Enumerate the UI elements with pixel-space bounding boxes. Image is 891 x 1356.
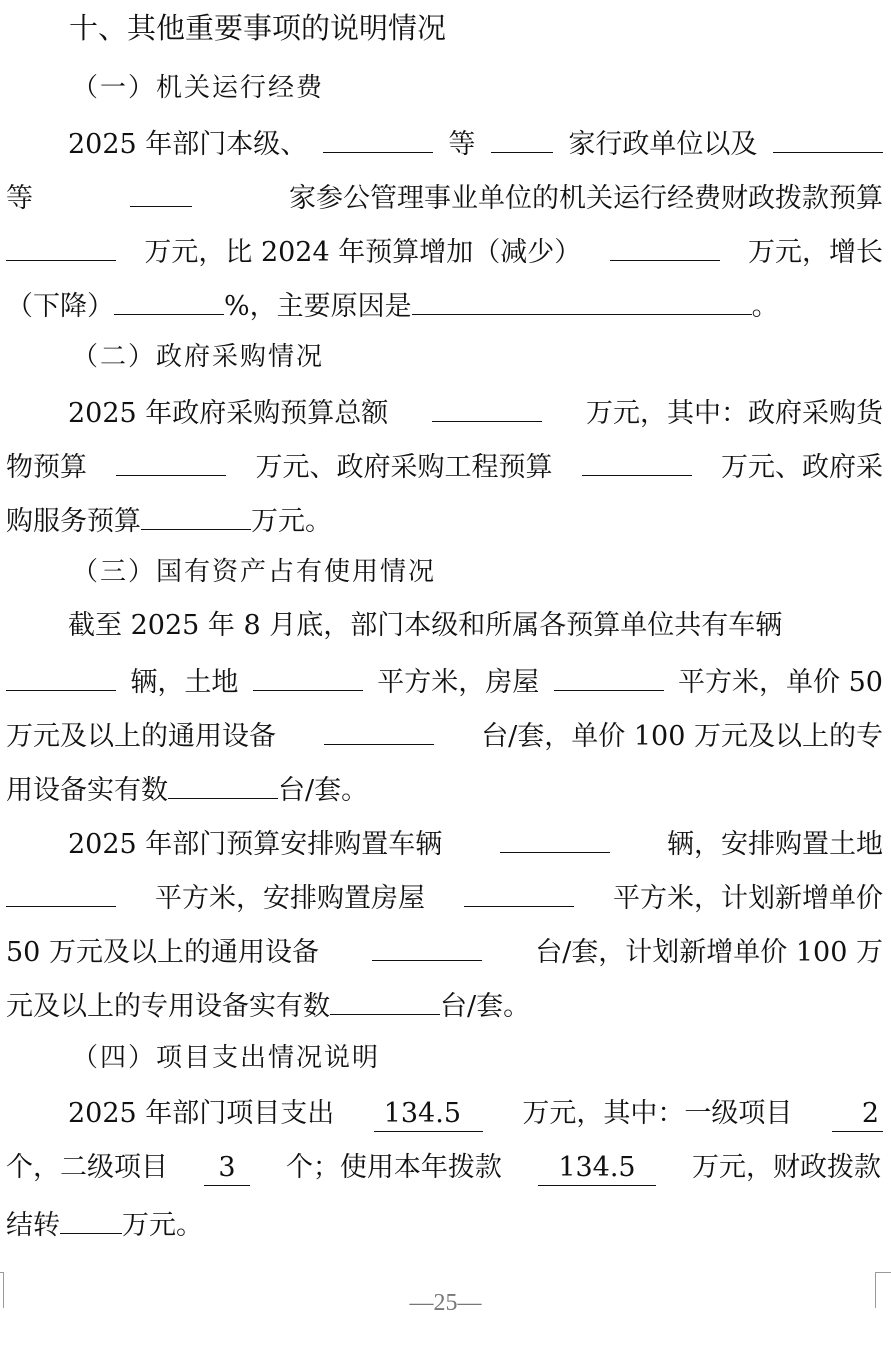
fill-in-blank — [168, 768, 278, 799]
fill-in-blank — [330, 984, 440, 1015]
level2-projects-value: 3 — [204, 1151, 249, 1186]
project-line-3: 结转万元。 — [6, 1203, 891, 1243]
fill-in-blank — [464, 876, 574, 907]
subsection-heading-3: （三）国有资产占有使用情况 — [72, 552, 891, 592]
text: 元及以上的专用设备实有数 — [6, 987, 330, 1027]
project-line-1: 2025 年部门项目支出 134.5 万元，其中：一级项目 2 — [6, 1094, 883, 1134]
text: 辆，安排购置土地 — [667, 825, 883, 865]
fill-in-blank — [324, 714, 434, 745]
text: 2025 年部门本级、 — [68, 125, 307, 165]
text: 等 — [448, 125, 475, 165]
subsection-heading-1: （一）机关运行经费 — [72, 68, 891, 108]
project-expenditure-value: 134.5 — [374, 1097, 483, 1132]
text: 2025 年部门预算安排购置车辆 — [68, 825, 442, 865]
text: 购服务预算 — [6, 502, 141, 542]
section-title: 十、其他重要事项的说明情况 — [69, 8, 891, 48]
text: 家参公管理事业单位的机关运行经费财政拨款预算 — [289, 179, 883, 219]
fill-in-blank — [141, 499, 251, 530]
text-line: 购服务预算万元。 — [6, 499, 891, 539]
fill-in-blank — [554, 660, 664, 691]
fill-in-blank — [6, 876, 116, 907]
text: 万元，增长 — [748, 233, 883, 273]
fill-in-blank — [116, 445, 226, 476]
text: 万元，其中：政府采购货 — [586, 394, 883, 434]
text-line: 平方米，安排购置房屋平方米，计划新增单价 — [6, 876, 883, 916]
text: 个；使用本年拨款 — [286, 1148, 502, 1188]
text: %，主要原因是 — [224, 287, 412, 327]
text: 50 万元及以上的通用设备 — [6, 933, 319, 973]
text: 台/套，计划新增单价 100 万 — [535, 933, 883, 973]
subsection-heading-4: （四）项目支出情况说明 — [72, 1038, 891, 1078]
text-line: 50 万元及以上的通用设备台/套，计划新增单价 100 万 — [6, 930, 883, 970]
text: 万元、政府采购工程预算 — [256, 448, 553, 488]
text: 物预算 — [6, 448, 87, 488]
text-line: 万元及以上的通用设备台/套，单价 100 万元及以上的专 — [6, 714, 883, 754]
text: 等 — [6, 179, 33, 219]
fill-in-blank — [6, 660, 116, 691]
text-line: 2025 年政府采购预算总额万元，其中：政府采购货 — [6, 391, 883, 431]
page-number: —25— — [0, 1290, 891, 1317]
fill-in-blank — [253, 660, 363, 691]
subsection-heading-2: （二）政府采购情况 — [72, 337, 891, 377]
text-line: 万元，比 2024 年预算增加（减少）万元，增长 — [6, 230, 883, 270]
fill-in-blank — [582, 445, 692, 476]
text: 家行政单位以及 — [568, 125, 757, 165]
fill-in-blank — [130, 176, 192, 207]
current-year-appropriation-value: 134.5 — [538, 1151, 655, 1186]
text: 台/套。 — [440, 987, 530, 1027]
text-line: 等家参公管理事业单位的机关运行经费财政拨款预算 — [6, 176, 883, 216]
text: 万元，比 2024 年预算增加（减少） — [144, 233, 581, 273]
text: 用设备实有数 — [6, 771, 168, 811]
text: 平方米，单价 50 — [678, 663, 883, 703]
text: 万元。 — [122, 1206, 203, 1246]
fill-in-blank — [500, 822, 610, 853]
text-line: 用设备实有数台/套。 — [6, 768, 891, 808]
text: 万元、政府采 — [721, 448, 883, 488]
text: 结转 — [6, 1206, 60, 1246]
text-line: 元及以上的专用设备实有数台/套。 — [6, 984, 891, 1024]
text: 台/套。 — [278, 771, 368, 811]
text-line: 2025 年部门预算安排购置车辆辆，安排购置土地 — [6, 822, 883, 862]
text: 个，二级项目 — [6, 1148, 168, 1188]
fill-in-blank — [773, 122, 883, 153]
text: （下降） — [6, 287, 114, 327]
text: 2025 年部门项目支出 — [68, 1094, 334, 1134]
text: 台/套，单价 100 万元及以上的专 — [481, 717, 883, 757]
fill-in-blank — [114, 284, 224, 315]
text-line: 2025 年部门本级、等家行政单位以及 — [6, 122, 883, 162]
fill-in-blank — [372, 930, 482, 961]
text: 平方米，房屋 — [377, 663, 539, 703]
text-line: 截至 2025 年 8 月底，部门本级和所属各预算单位共有车辆 — [6, 606, 883, 646]
text: 万元，财政拨款 — [692, 1148, 881, 1188]
fill-in-blank — [323, 122, 433, 153]
text: 2025 年政府采购预算总额 — [68, 394, 388, 434]
fill-in-blank — [432, 391, 542, 422]
level1-projects-value: 2 — [832, 1097, 883, 1132]
text: 辆，土地 — [130, 663, 238, 703]
fill-in-blank — [491, 122, 553, 153]
fill-in-blank — [412, 284, 752, 315]
project-line-2: 个，二级项目 3 个；使用本年拨款 134.5 万元，财政拨款 — [6, 1148, 881, 1188]
text-line: 辆，土地平方米，房屋平方米，单价 50 — [6, 660, 883, 700]
text: 平方米，计划新增单价 — [613, 879, 883, 919]
text: 截至 2025 年 8 月底，部门本级和所属各预算单位共有车辆 — [68, 606, 782, 646]
carryover-blank — [60, 1203, 122, 1234]
text: 万元。 — [251, 502, 332, 542]
text: 。 — [752, 287, 779, 327]
fill-in-blank — [610, 230, 720, 261]
text: 万元及以上的通用设备 — [6, 717, 276, 757]
text: 万元，其中：一级项目 — [522, 1094, 792, 1134]
text-line: 物预算万元、政府采购工程预算万元、政府采 — [6, 445, 883, 485]
text-line: （下降）%，主要原因是。 — [6, 284, 891, 324]
text: 平方米，安排购置房屋 — [155, 879, 425, 919]
fill-in-blank — [6, 230, 116, 261]
